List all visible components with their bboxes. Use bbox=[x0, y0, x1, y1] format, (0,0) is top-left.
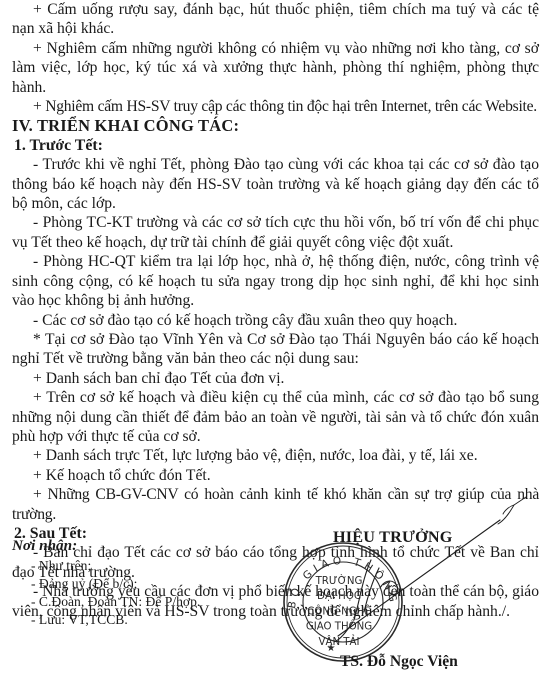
svg-text:★: ★ bbox=[327, 643, 336, 654]
stamp-center-line: ĐẠI HỌC bbox=[317, 591, 361, 602]
stamp-center-line: CÔNG NGHỆ bbox=[307, 604, 371, 617]
stamp-ring-text: BỘ GIAO THÔNG VẬN TẢI bbox=[0, 0, 400, 614]
svg-text:BỘ GIAO THÔNG VẬN TẢI: BỘ GIAO THÔNG VẬN TẢI bbox=[0, 0, 400, 614]
signer-name: TS. Đỗ Ngọc Viện bbox=[340, 653, 458, 671]
official-stamp-icon: BỘ GIAO THÔNG VẬN TẢI TRƯỜNGĐẠI HỌCCÔNG … bbox=[0, 0, 550, 675]
stamp-center-line: TRƯỜNG bbox=[315, 574, 363, 587]
document-page: + Cấm uống rượu say, đánh bạc, hút thuốc… bbox=[0, 0, 550, 675]
stamp-center-line: GIAO THÔNG bbox=[306, 620, 372, 633]
